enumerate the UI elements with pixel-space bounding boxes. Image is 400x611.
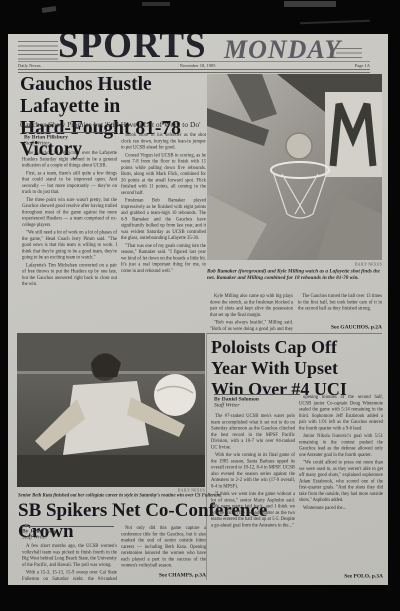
- volleyball-photo-art: [17, 333, 205, 487]
- volleyball-column-2: Not only did this game capture a confere…: [121, 525, 206, 571]
- masthead-title: SPORTS: [58, 34, 207, 64]
- basketball-photo-caption: Rob Ramaker (foreground) and Kyle Millin…: [207, 268, 382, 290]
- waterpolo-byline: By Daniel Solomon Staff Writer: [214, 394, 300, 409]
- basketball-photo-credit: DAILY NEXUS: [207, 262, 382, 267]
- waterpolo-column-1: The #7-ranked UCSB men's water polo team…: [211, 413, 295, 575]
- volleyball-jump-line: See CHAMPS, p.3A: [121, 572, 206, 580]
- basketball-photo-art: [207, 74, 382, 260]
- basketball-column-1: The Gauchos' 81-78 victory over the Lafa…: [22, 150, 117, 330]
- newspaper-page: SPORTS MONDAY Daily Nexus November 18, 1…: [8, 34, 388, 585]
- basketball-photo: [207, 74, 382, 260]
- volleyball-column-1: A few short months ago, the UCSB women's…: [22, 543, 117, 580]
- basketball-byline: By Brian Pillsbury Staff Writer: [24, 132, 116, 147]
- waterpolo-headline: Poloists Cap Off Year With Upset Win Ove…: [211, 337, 383, 401]
- column-divider: [206, 333, 207, 580]
- newspaper-scan: { "masthead": { "title": "SPORTS", "subt…: [0, 0, 400, 611]
- basketball-column-4: The Gauchos turned the ball over 13 time…: [298, 293, 382, 323]
- scan-smudge: [284, 1, 336, 7]
- author-title: Staff Writer: [214, 402, 300, 408]
- masthead-subtitle: MONDAY: [224, 37, 341, 63]
- scan-smudge: [142, 2, 170, 6]
- waterpolo-column-2: opening minutes of the second half, UCSB…: [299, 394, 383, 570]
- basketball-jump-line: See GAUCHOS, p.2A: [298, 324, 382, 332]
- author-title: Staff Writer: [22, 534, 114, 540]
- section-divider: [207, 333, 382, 334]
- basketball-column-2: shook loose of his defender as the shot …: [121, 132, 206, 330]
- basketball-column-3: Kyle Milling also came up with big plays…: [210, 293, 293, 331]
- masthead-rule-lines-left: [18, 41, 58, 62]
- volleyball-byline: By Jenny Kok Staff Writer: [22, 526, 114, 541]
- dateline-rule: [18, 69, 370, 73]
- scan-smudge: [300, 20, 370, 24]
- scan-smudge: [42, 6, 57, 13]
- author-title: Staff Writer: [24, 140, 116, 146]
- volleyball-photo: [17, 333, 205, 487]
- basketball-deck: Gauchos Show Promise but 'Still Have a L…: [20, 121, 216, 131]
- waterpolo-jump-line: See POLO, p.3A: [299, 573, 383, 581]
